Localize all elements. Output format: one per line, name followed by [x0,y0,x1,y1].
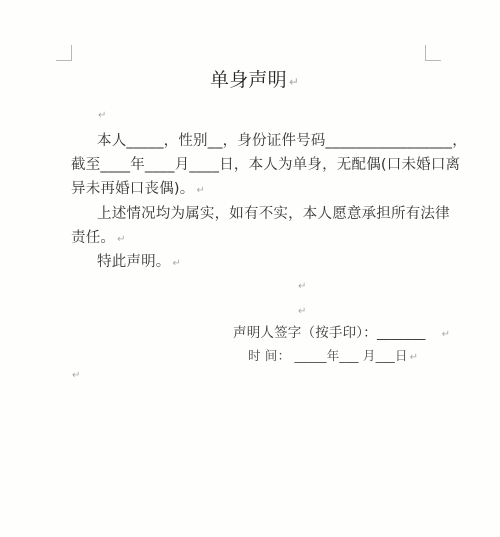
body-line-6: 特此声明。↵ [97,252,181,274]
page-corner-mark-top-left [56,45,72,61]
paragraph-mark-icon: ↵ [410,352,419,363]
signature-label: 声明人签字（按手印）：_______ [233,325,426,341]
title-text: 单身声明 [210,69,287,91]
body-line-4: 上述情况均为属实，如有不实，本人愿意承担所有法律 [97,204,450,224]
empty-paragraph: ↵ [70,364,81,386]
body-line-2: 截至____年____月____日，本人为单身，无配偶(口未婚口离 [71,155,460,175]
paragraph-mark-icon: ↵ [442,329,451,340]
paragraph-mark-icon: ↵ [289,75,299,89]
empty-paragraph: ↵ [296,275,307,297]
date-label: 时 间： _____年___ 月___日 [248,348,408,363]
signature-line: 声明人签字（按手印）：_______↵ [233,323,450,345]
empty-paragraph: ↵ [96,104,107,126]
body-line-3-text: 异未再婚口丧偶)。 [71,181,194,197]
paragraph-mark-icon: ↵ [72,370,81,381]
empty-paragraph: ↵ [296,300,307,322]
body-line-3: 异未再婚口丧偶)。↵ [71,179,205,201]
paragraph-mark-icon: ↵ [298,306,307,317]
paragraph-mark-icon: ↵ [98,110,107,121]
page-corner-mark-top-right [425,45,441,61]
body-line-5: 责任。↵ [71,228,126,250]
body-line-6-text: 特此声明。 [97,254,171,270]
document-title: 单身声明↵ [210,70,299,92]
paragraph-mark-icon: ↵ [196,185,205,196]
paragraph-mark-icon: ↵ [117,234,126,245]
paragraph-mark-icon: ↵ [173,258,182,269]
date-line: 时 间： _____年___ 月___日↵ [248,346,418,368]
body-line-5-text: 责任。 [71,230,115,246]
body-line-1: 本人_____，性别__，身份证件号码_________________， [97,131,467,151]
paragraph-mark-icon: ↵ [298,281,307,292]
